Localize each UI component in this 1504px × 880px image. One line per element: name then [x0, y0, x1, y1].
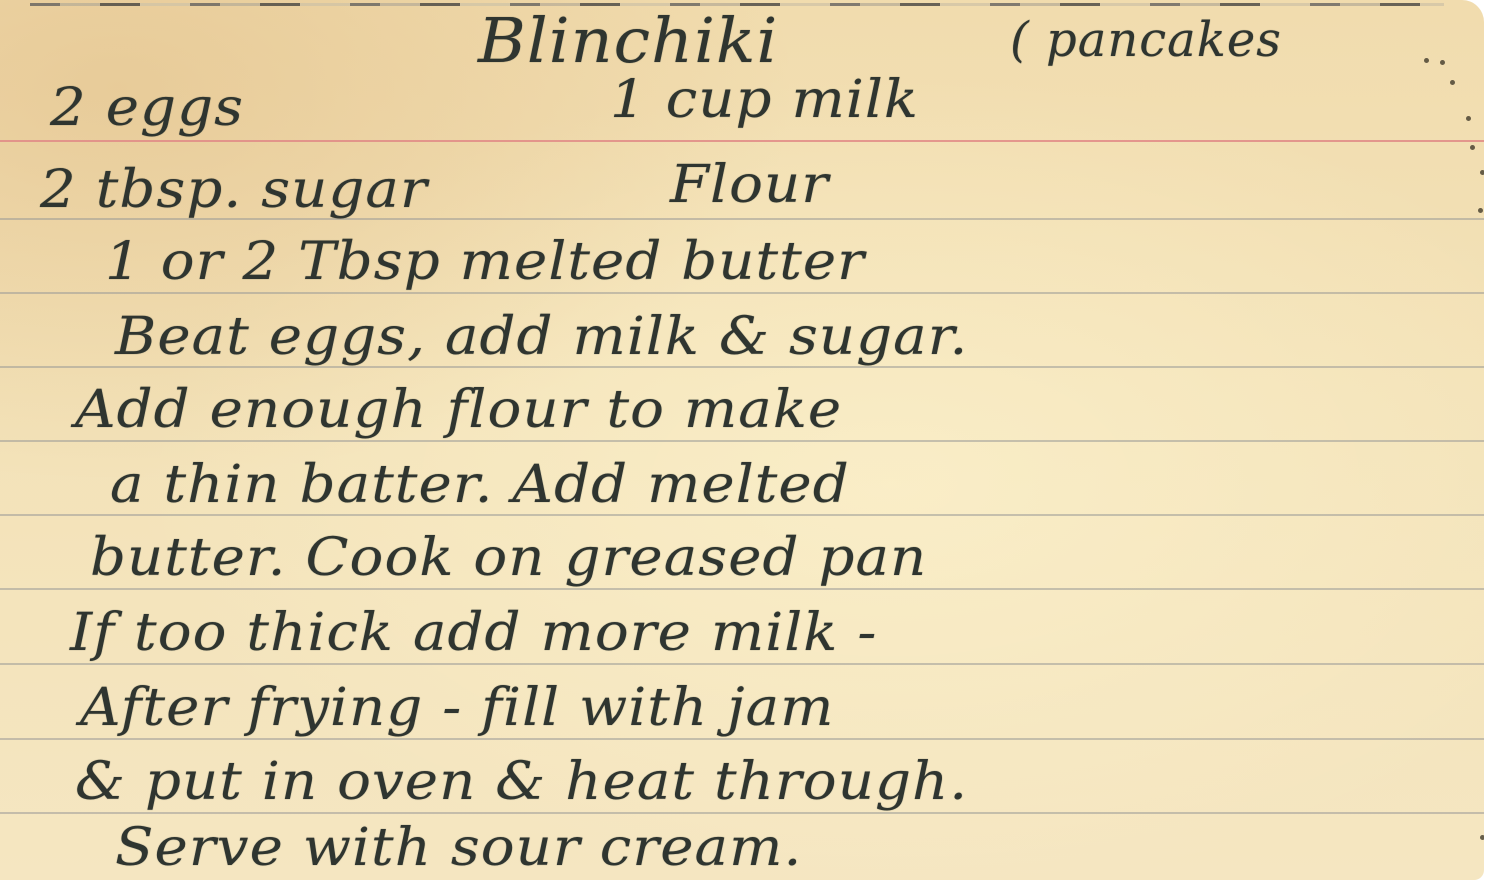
instruction-line: Beat eggs, add milk & sugar.: [115, 307, 968, 367]
ruled-line: [0, 440, 1484, 442]
instruction-line: butter. Cook on greased pan: [90, 528, 927, 588]
ingredient-butter: 1 or 2 Tbsp melted butter: [105, 232, 865, 292]
red-header-rule: [0, 140, 1484, 142]
ingredient-flour: Flour: [670, 155, 829, 215]
ruled-line: [0, 812, 1484, 814]
instruction-line: If too thick add more milk -: [70, 603, 877, 663]
ingredient-sugar: 2 tbsp. sugar: [40, 160, 428, 220]
paper-speck: [1470, 145, 1475, 150]
paper-speck: [1450, 80, 1455, 85]
recipe-card: Blinchiki ( pancakes 2 eggs 1 cup milk 2…: [0, 0, 1484, 880]
ingredient-milk: 1 cup milk: [610, 70, 919, 130]
ruled-line: [0, 588, 1484, 590]
ruled-line: [0, 663, 1484, 665]
ruled-line: [0, 738, 1484, 740]
paper-speck: [1480, 835, 1484, 840]
paper-speck: [1478, 208, 1483, 213]
instruction-line: Add enough flour to make: [75, 380, 842, 440]
recipe-subtitle: ( pancakes: [1010, 12, 1282, 68]
paper-speck: [1440, 60, 1445, 65]
instruction-line: & put in oven & heat through.: [75, 752, 968, 812]
ingredient-eggs: 2 eggs: [50, 78, 244, 138]
paper-speck: [1480, 170, 1484, 175]
paper-speck: [1466, 116, 1471, 121]
instruction-line: Serve with sour cream.: [115, 818, 802, 878]
instruction-line: After frying - fill with jam: [80, 678, 835, 738]
recipe-title: Blinchiki: [478, 4, 778, 77]
ruled-line: [0, 292, 1484, 294]
instruction-line: a thin batter. Add melted: [110, 455, 850, 515]
paper-speck: [1424, 58, 1429, 63]
